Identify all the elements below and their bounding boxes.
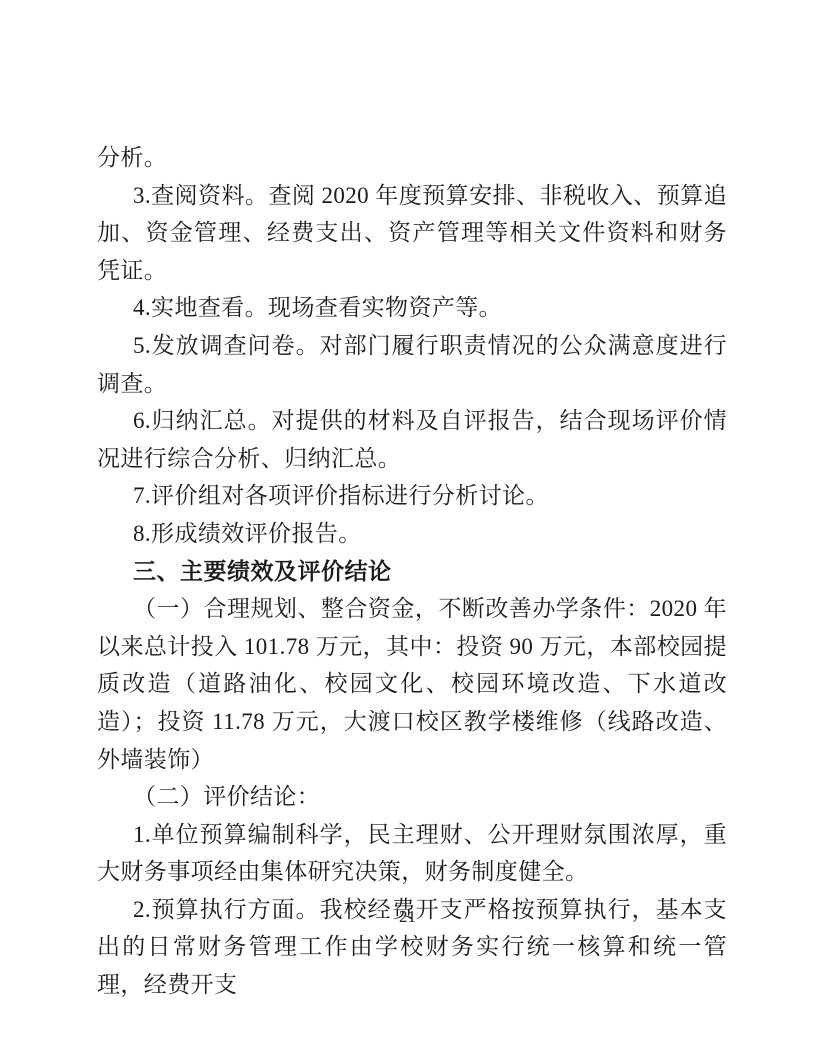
paragraph-conclusion-1: 1.单位预算编制科学，民主理财、公开理财氛围浓厚，重大财务事项经由集体研究决策，… bbox=[97, 816, 727, 891]
section-heading: 三、主要绩效及评价结论 bbox=[97, 553, 727, 591]
paragraph-item-4: 4.实地查看。现场查看实物资产等。 bbox=[97, 289, 727, 327]
paragraph-analysis-end: 分析。 bbox=[97, 139, 727, 177]
page-number: 21 bbox=[0, 907, 815, 927]
paragraph-item-8: 8.形成绩效评价报告。 bbox=[97, 515, 727, 553]
paragraph-item-5: 5.发放调查问卷。对部门履行职责情况的公众满意度进行调查。 bbox=[97, 327, 727, 402]
paragraph-item-3: 3.查阅资料。查阅 2020 年度预算安排、非税收入、预算追加、资金管理、经费支… bbox=[97, 177, 727, 290]
paragraph-section-2: （二）评价结论： bbox=[97, 778, 727, 816]
document-content: 分析。 3.查阅资料。查阅 2020 年度预算安排、非税收入、预算追加、资金管理… bbox=[97, 139, 727, 1004]
paragraph-item-6: 6.归纳汇总。对提供的材料及自评报告，结合现场评价情况进行综合分析、归纳汇总。 bbox=[97, 402, 727, 477]
paragraph-section-1: （一）合理规划、整合资金，不断改善办学条件：2020 年以来总计投入 101.7… bbox=[97, 590, 727, 778]
paragraph-item-7: 7.评价组对各项评价指标进行分析讨论。 bbox=[97, 477, 727, 515]
document-page: 分析。 3.查阅资料。查阅 2020 年度预算安排、非税收入、预算追加、资金管理… bbox=[0, 0, 815, 1055]
